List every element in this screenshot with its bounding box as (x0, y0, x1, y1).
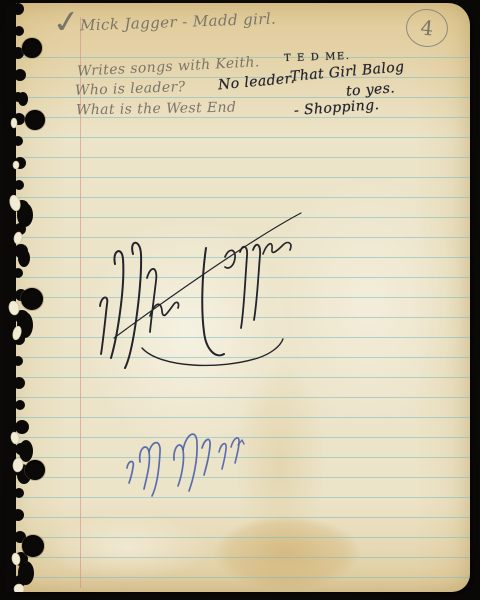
note-shopping: - Shopping. (294, 97, 380, 119)
punch-hole-1 (22, 38, 42, 58)
page-number: 4 (419, 15, 434, 40)
note-ted-me: T E D ME. (284, 51, 351, 64)
punch-hole-2 (25, 110, 45, 130)
mick-jagger-signature-black (90, 200, 330, 378)
punch-hole-5 (22, 535, 44, 557)
page-number-circle: 4 (404, 7, 450, 49)
signature-blue (118, 418, 250, 503)
punch-hole-4 (25, 460, 45, 480)
punch-hole-3 (21, 288, 43, 310)
note-west-end: What is the West End (76, 100, 237, 119)
notebook-page: ✓ Mick Jagger - Madd girl. 4 Writes song… (8, 3, 470, 592)
note-heading: Mick Jagger - Madd girl. (80, 10, 277, 35)
note-who-is-leader: Who is leader? (75, 79, 186, 99)
note-no-leader: No leader. (217, 71, 295, 94)
